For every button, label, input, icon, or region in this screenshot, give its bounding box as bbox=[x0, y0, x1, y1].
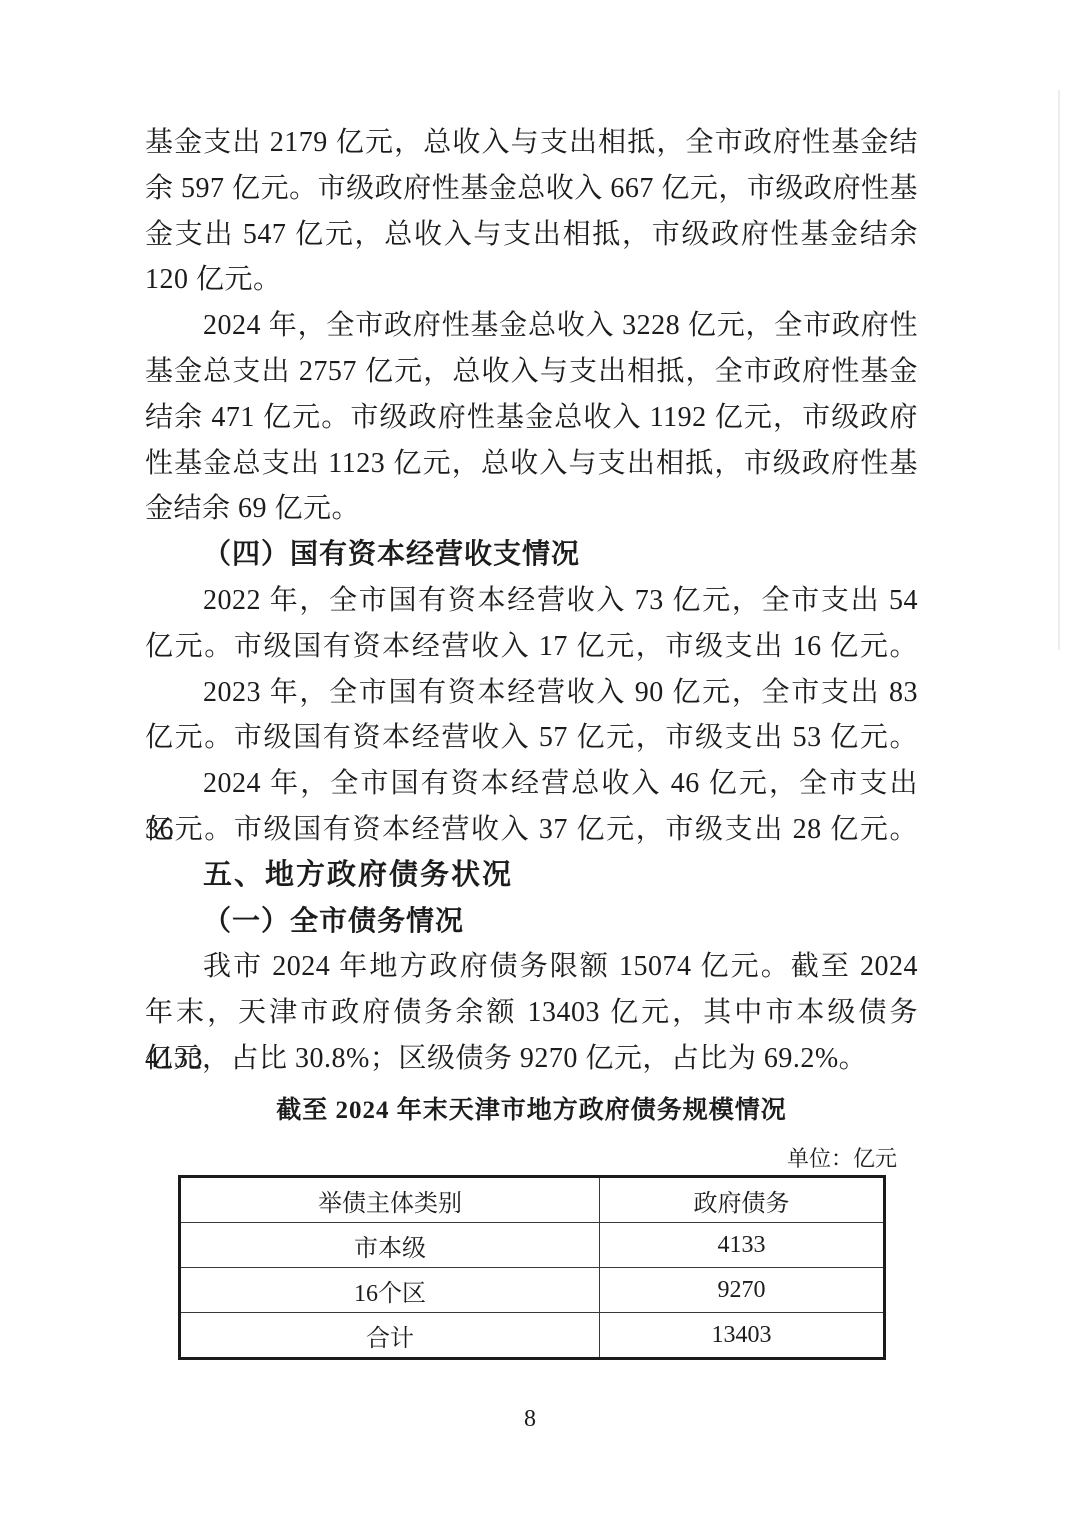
body-line: 2022 年，全市国有资本经营收入 73 亿元，全市支出 54 bbox=[145, 578, 918, 624]
body-line: 金结余 69 亿元。 bbox=[145, 486, 918, 532]
sub-heading: （一）全市债务情况 bbox=[145, 899, 918, 945]
table-unit-label: 单位：亿元 bbox=[178, 1142, 897, 1173]
body-line: 120 亿元。 bbox=[145, 257, 918, 303]
table-header-row: 举债主体类别 政府债务 bbox=[180, 1177, 885, 1223]
body-line: 亿元。市级国有资本经营收入 37 亿元，市级支出 28 亿元。 bbox=[145, 807, 918, 853]
table-cell-debt: 4133 bbox=[600, 1223, 885, 1268]
body-line: 2024 年，全市政府性基金总收入 3228 亿元，全市政府性 bbox=[145, 303, 918, 349]
body-line: 结余 471 亿元。市级政府性基金总收入 1192 亿元，市级政府 bbox=[145, 395, 918, 441]
body-line: 年末，天津市政府债务余额 13403 亿元，其中市本级债务 4133 bbox=[145, 990, 918, 1036]
table-cell-category: 市本级 bbox=[180, 1223, 600, 1268]
scan-artifact-line bbox=[1058, 90, 1060, 650]
body-line: 金支出 547 亿元，总收入与支出相抵，市级政府性基金结余 bbox=[145, 212, 918, 258]
body-line: 2023 年，全市国有资本经营收入 90 亿元，全市支出 83 bbox=[145, 670, 918, 716]
table-caption: 截至 2024 年末天津市地方政府债务规模情况 bbox=[145, 1090, 918, 1126]
body-line: 亿元，占比 30.8%；区级债务 9270 亿元，占比为 69.2%。 bbox=[145, 1036, 918, 1082]
document-page: 基金支出 2179 亿元，总收入与支出相抵，全市政府性基金结 余 597 亿元。… bbox=[0, 0, 1075, 1521]
body-line: 性基金总支出 1123 亿元，总收入与支出相抵，市级政府性基 bbox=[145, 441, 918, 487]
debt-table: 举债主体类别 政府债务 市本级 4133 16个区 9270 合计 13403 bbox=[178, 1175, 886, 1360]
table-row: 合计 13403 bbox=[180, 1313, 885, 1359]
sub-heading: （四）国有资本经营收支情况 bbox=[145, 532, 918, 578]
body-line: 我市 2024 年地方政府债务限额 15074 亿元。截至 2024 bbox=[145, 944, 918, 990]
table-header-category: 举债主体类别 bbox=[180, 1177, 600, 1223]
document-body: 基金支出 2179 亿元，总收入与支出相抵，全市政府性基金结 余 597 亿元。… bbox=[145, 120, 918, 1082]
table-header-debt: 政府债务 bbox=[600, 1177, 885, 1223]
body-line: 亿元。市级国有资本经营收入 17 亿元，市级支出 16 亿元。 bbox=[145, 624, 918, 670]
table-cell-debt: 9270 bbox=[600, 1268, 885, 1313]
table-cell-category: 16个区 bbox=[180, 1268, 600, 1313]
table-row: 市本级 4133 bbox=[180, 1223, 885, 1268]
body-line: 2024 年，全市国有资本经营总收入 46 亿元，全市支出 36 bbox=[145, 761, 918, 807]
body-line: 余 597 亿元。市级政府性基金总收入 667 亿元，市级政府性基 bbox=[145, 166, 918, 212]
body-line: 基金支出 2179 亿元，总收入与支出相抵，全市政府性基金结 bbox=[145, 120, 918, 166]
body-line: 基金总支出 2757 亿元，总收入与支出相抵，全市政府性基金 bbox=[145, 349, 918, 395]
table-row: 16个区 9270 bbox=[180, 1268, 885, 1313]
page-number: 8 bbox=[0, 1406, 1060, 1433]
section-heading: 五、地方政府债务状况 bbox=[145, 853, 918, 899]
table-cell-debt: 13403 bbox=[600, 1313, 885, 1359]
table-cell-category: 合计 bbox=[180, 1313, 600, 1359]
body-line: 亿元。市级国有资本经营收入 57 亿元，市级支出 53 亿元。 bbox=[145, 715, 918, 761]
